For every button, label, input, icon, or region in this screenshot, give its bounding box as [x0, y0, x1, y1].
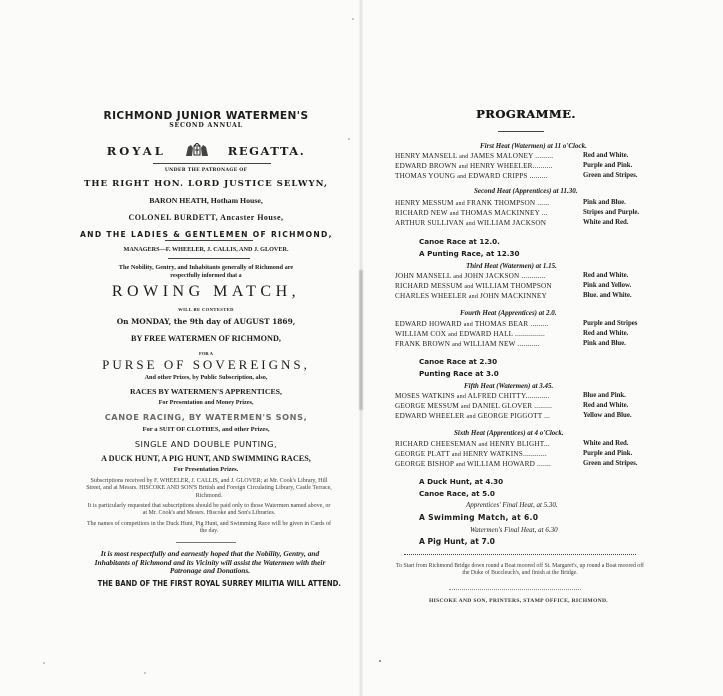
heat-entry-row: RICHARD NEW and THOMAS MACKINNEY ... Str… [395, 209, 723, 219]
paper-speck [43, 662, 45, 664]
watermens-final-heading: Watermen's Final Heat, at 6.30 [470, 526, 558, 534]
heat-entry-row: EDWARD HOWARD and THOMAS BEAR ......... … [395, 320, 723, 330]
heat-heading: First Heat (Watermen) at 11 o'Clock. [480, 142, 587, 150]
swimming-match-event: A Swimming Match, at 6.0 [419, 513, 538, 522]
boat-colors: Red and White. [583, 272, 628, 279]
suit-of-clothes: For a SUIT OF CLOTHES, and other Prizes, [80, 427, 332, 434]
notice-line-1: The Nobility, Gentry, and Inhabitants ge… [80, 265, 332, 271]
paper-speck [352, 18, 354, 20]
boat-colors: Purple and Pink. [583, 450, 632, 457]
for-a: FOR A [80, 352, 332, 357]
managers-line: MANAGERS—F. WHEELER, J. CALLIS, AND J. G… [80, 247, 332, 253]
punting-line: SINGLE AND DOUBLE PUNTING, [80, 440, 332, 448]
boat-colors: Green and Stripes. [583, 460, 637, 467]
heat-heading: Fifth Heat (Watermen) at 3.45. [464, 382, 553, 390]
canoe-racing: CANOE RACING, BY WATERMEN'S SONS, [80, 413, 332, 421]
divider-rule [449, 589, 581, 590]
boat-colors: Blue. and White. [583, 292, 632, 299]
heat-entry-row: EDWARD BROWN and HENRY WHEELER..........… [395, 162, 723, 172]
poster-title: RICHMOND JUNIOR WATERMEN'S [80, 111, 332, 122]
right-page-programme: PROGRAMME. First Heat (Watermen) at 11 o… [362, 0, 723, 696]
subscriptions-paragraph: Subscriptions received by F. WHEELER, J.… [86, 478, 332, 500]
royal-word: ROYAL [107, 144, 166, 158]
races-apprentices: RACES BY WATERMEN'S APPRENTICES, [80, 388, 332, 396]
boat-colors: Pink and Blue. [583, 199, 626, 206]
patron-2: BARON HEATH, Hotham House, [80, 197, 332, 205]
boat-colors: White and Red. [583, 440, 629, 447]
boat-colors: Pink and Yellow. [583, 282, 631, 289]
heat-entry-row: HENRY MESSUM and FRANK THOMPSON ...... P… [395, 199, 723, 209]
punting-race-event: A Punting Race, at 12.30 [419, 249, 520, 258]
competitors-paragraph: The names of competitors in the Duck Hun… [86, 521, 332, 536]
hunts-line: A DUCK HUNT, A PIG HUNT, AND SWIMMING RA… [80, 455, 332, 463]
canoe-race-event: Canoe Race, at 5.0 [419, 489, 495, 498]
heat-entry-row: CHARLES WHEELER and JOHN MACKINNEY Blue.… [395, 292, 723, 302]
duck-hunt-event: A Duck Hunt, at 4.30 [419, 477, 503, 486]
patronage-label: UNDER THE PATRONAGE OF [80, 169, 332, 174]
divider-rule [498, 131, 544, 132]
heat-entry-row: GEORGE PLATT and HENRY WATKINS..........… [395, 450, 723, 460]
poster-subtitle: SECOND ANNUAL [80, 123, 332, 129]
request-paragraph: It is particularly requested that subscr… [86, 503, 332, 518]
purse-heading: PURSE OF SOVEREIGNS, [80, 358, 332, 371]
apprentices-final-heading: Apprentices' Final Heat, at 5.30. [466, 501, 558, 509]
royal-crest-icon [184, 143, 210, 157]
boat-colors: Red and White. [583, 402, 628, 409]
left-page-poster: RICHMOND JUNIOR WATERMEN'S SECOND ANNUAL… [0, 0, 360, 696]
boat-colors: Blue and Pink. [583, 392, 626, 399]
patron-4: AND THE LADIES & GENTLEMEN OF RICHMOND, [80, 231, 332, 239]
royal-regatta-heading: ROYAL REGATTA. [80, 143, 332, 159]
presentation-money: For Presentation and Money Prizes, [80, 400, 332, 406]
boat-colors: Red and White. [583, 152, 628, 159]
heat-entry-row: GEORGE MESSUM and DANIEL GLOVER ........… [395, 402, 723, 412]
paper-speck [348, 138, 350, 140]
canoe-race-event: Canoe Race at 12.0. [419, 237, 500, 246]
heat-heading: Sixth Heat (Apprentices) at 4 o'Clock. [454, 429, 564, 437]
heat-entry-row: RICHARD MESSUM and WILLIAM THOMPSON Pink… [395, 282, 723, 292]
heat-heading: Fourth Heat (Apprentices) at 2.0. [460, 309, 556, 317]
band-attendance: THE BAND OF THE FIRST ROYAL SURREY MILIT… [98, 580, 315, 588]
boat-colors: Green and Stripes. [583, 172, 637, 179]
regatta-word: REGATTA. [228, 144, 305, 158]
divider-rule [404, 554, 636, 555]
boat-colors: Pink and Blue. [583, 340, 626, 347]
heat-entry-row: GEORGE BISHOP and WILLIAM HOWARD .......… [395, 460, 723, 470]
heat-heading: Third Heat (Watermen) at 1.15. [466, 262, 557, 270]
punting-race-event: Punting Race at 3.0 [419, 369, 499, 378]
heat-entry-row: EDWARD WHEELER and GEORGE PIGGOTT ... Ye… [395, 412, 723, 422]
heat-heading: Second Heat (Apprentices) at 11.30. [474, 187, 577, 195]
boat-colors: Stripes and Purple. [583, 209, 639, 216]
heat-entry-row: JOHN MANSELL and JOHN JACKSON ..........… [395, 272, 723, 282]
boat-colors: Yellow and Blue. [583, 412, 632, 419]
printer-imprint: HISCOKE AND SON, PRINTERS, STAMP OFFICE,… [429, 598, 608, 604]
other-prizes: And other Prizes, by Public Subscription… [80, 375, 332, 381]
divider-rule [165, 240, 253, 241]
course-description: To Start from Richmond Bridge down round… [395, 563, 645, 577]
patron-3: COLONEL BURDETT, Ancaster House, [80, 214, 332, 222]
hope-paragraph: It is most respectfully and earnestly ho… [86, 550, 334, 576]
heat-entry-row: THOMAS YOUNG and EDWARD CRIPPS .........… [395, 172, 723, 182]
heat-entry-row: MOSES WATKINS and ALFRED CHITTY.........… [395, 392, 723, 402]
paper-speck [144, 672, 146, 674]
boat-colors: Purple and Stripes [583, 320, 637, 327]
canoe-race-event: Canoe Race at 2.30 [419, 357, 497, 366]
divider-rule [153, 163, 271, 164]
heat-entry-row: RICHARD CHEESEMAN and HENRY BLIGHT... Wh… [395, 440, 723, 450]
pig-hunt-event: A Pig Hunt, at 7.0 [419, 537, 495, 546]
patron-1: THE RIGHT HON. LORD JUSTICE SELWYN, [80, 180, 332, 189]
boat-colors: Purple and Pink. [583, 162, 632, 169]
heat-entry-row: WILLIAM COX and EDWARD HALL ............… [395, 330, 723, 340]
boat-colors: Red and White. [583, 330, 628, 337]
notice-line-2: respectfully informed that a [80, 273, 332, 279]
will-be-contested: WILL BE CONTESTED [80, 308, 332, 313]
divider-rule [168, 258, 250, 259]
programme-title: PROGRAMME. [476, 107, 576, 121]
heat-entry-row: ARTHUR SULLIVAN and WILLIAM JACKSON Whit… [395, 219, 723, 229]
heat-entry-row: HENRY MANSELL and JAMES MALONEY ........… [395, 152, 723, 162]
boat-colors: White and Red. [583, 219, 629, 226]
presentation-prizes: For Presentation Prizes. [80, 467, 332, 473]
rowing-match-heading: ROWING MATCH, [80, 284, 332, 300]
event-date: On MONDAY, the 9th day of AUGUST 1869, [80, 318, 332, 325]
by-free-watermen: BY FREE WATERMEN OF RICHMOND, [80, 335, 332, 343]
paper-speck [379, 660, 381, 662]
divider-rule [176, 542, 236, 543]
heat-entry-row: FRANK BROWN and WILLIAM NEW ........... … [395, 340, 723, 350]
